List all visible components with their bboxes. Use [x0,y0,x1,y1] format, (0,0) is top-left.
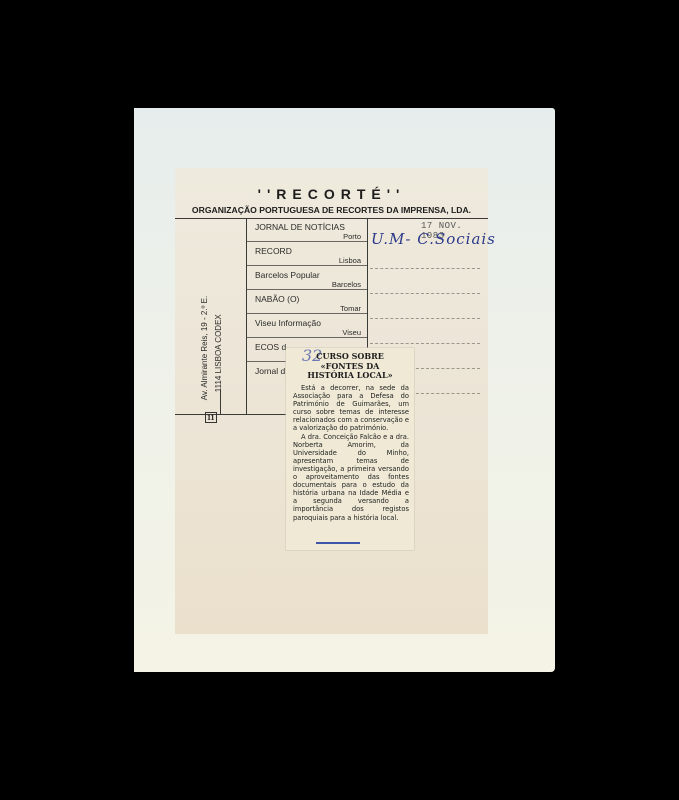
publication-city: Viseu [342,328,361,337]
publication-row: RECORDLisboa [247,242,367,266]
publication-city: Lisboa [339,256,361,265]
publication-name: JORNAL DE NOTÍCIAS [255,222,345,232]
agency-address: Av. Almirante Reis, 19 - 2.º E. 1114 LIS… [191,268,233,428]
agency-title: ''RECORTÉ'' [175,186,488,202]
handwritten-note: U.M- C.Sociais [371,230,496,248]
publication-row: Barcelos PopularBarcelos [247,266,367,290]
page-number: 11 [205,412,217,423]
publication-row: Viseu InformaçãoViseu [247,314,367,338]
publication-row: NABÃO (O)Tomar [247,290,367,314]
publication-name: RECORD [255,246,292,256]
publication-city: Porto [343,232,361,241]
publication-city: Barcelos [332,280,361,289]
publication-name: Barcelos Popular [255,270,320,280]
publication-name: Viseu Informação [255,318,321,328]
publication-row: JORNAL DE NOTÍCIASPorto [247,218,367,242]
agency-subtitle: ORGANIZAÇÃO PORTUGUESA DE RECORTES DA IM… [175,205,488,215]
publication-name: NABÃO (O) [255,294,299,304]
clipping-paragraph: A dra. Conceição Falcão e a dra. Norbert… [293,433,409,522]
clipping-body: Está a decorrer, na sede da Associação p… [293,384,409,522]
publication-name: Jornal d [255,366,285,376]
clipping-paragraph: Está a decorrer, na sede da Associação p… [293,384,409,433]
publication-city: Tomar [340,304,361,313]
end-rule [316,542,360,544]
publication-name: ECOS d [255,342,286,352]
newspaper-clipping: 32 CURSO SOBRE «FONTES DA HISTÓRIA LOCAL… [286,348,414,550]
clipping-headline: CURSO SOBRE «FONTES DA HISTÓRIA LOCAL» [286,352,414,381]
